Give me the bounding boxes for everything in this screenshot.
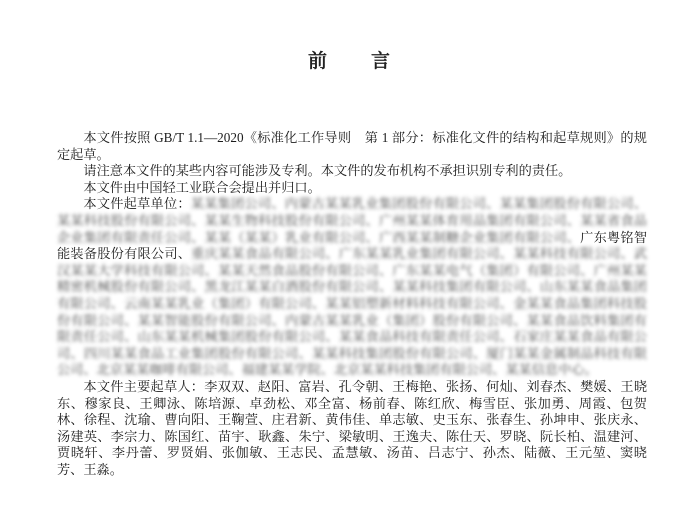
drafters-terminator: 。 (110, 462, 123, 477)
drafters-label: 本文件主要起草人： (83, 379, 204, 394)
page-title: 前 言 (0, 46, 700, 73)
paragraph-proposed-by: 本文件由中国轻工业联合会提出并归口。 (57, 180, 647, 197)
blurred-company-names-after: 重庆某某食品有限公司、广东某某乳业集团有限公司、某某科技有限公司、武汉某某大学科… (57, 246, 647, 377)
paragraph-drafting-rule: 本文件按照 GB/T 1.1—2020《标准化工作导则 第 1 部分：标准化文件… (57, 130, 647, 163)
paragraph-drafting-units: 本文件起草单位：某某集团公司、内蒙古某某乳业集团股份有限公司、某某集团股份有限公… (57, 196, 647, 379)
paragraph-patent-notice: 请注意本文件的某些内容可能涉及专利。本文件的发布机构不承担识别专利的责任。 (57, 163, 647, 180)
drafting-units-label: 本文件起草单位： (83, 196, 190, 211)
document-body: 本文件按照 GB/T 1.1—2020《标准化工作导则 第 1 部分：标准化文件… (57, 130, 647, 478)
paragraph-drafters: 本文件主要起草人：李双双、赵阳、富岩、孔令朝、王梅艳、张扬、何灿、刘春杰、樊媛、… (57, 379, 647, 479)
foreword-page: 前 言 本文件按照 GB/T 1.1—2020《标准化工作导则 第 1 部分：标… (0, 0, 700, 525)
